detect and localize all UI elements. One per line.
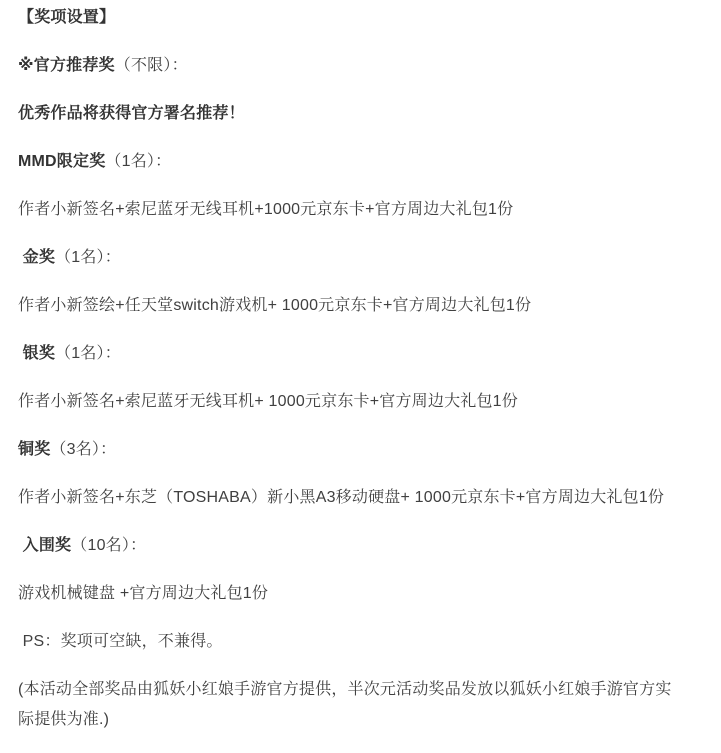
prize-settings-document: 【奖项设置】※官方推荐奖（不限）：优秀作品将获得官方署名推荐！MMD限定奖（1名… — [0, 0, 721, 735]
prize-name: ※官方推荐奖 — [18, 57, 115, 74]
prize-name: 银奖 — [18, 345, 55, 362]
prize-heading: MMD限定奖（1名）： — [18, 147, 703, 177]
prize-quota: （不限）： — [115, 57, 188, 74]
prize-heading: 金奖（1名）： — [18, 243, 703, 273]
prize-name: 金奖 — [18, 249, 55, 266]
prize-quota: （1名）： — [105, 153, 171, 170]
prize-name: MMD限定奖 — [18, 153, 105, 170]
prize-quota: （3名）： — [50, 441, 116, 458]
prize-quota: （1名）： — [55, 249, 121, 266]
prize-name: 铜奖 — [18, 441, 50, 458]
prize-heading: 入围奖（10名）： — [18, 531, 703, 561]
prize-quota: （1名）： — [55, 345, 121, 362]
prize-heading: ※官方推荐奖（不限）： — [18, 51, 703, 81]
prize-name: 入围奖 — [18, 537, 71, 554]
prize-content: 作者小新签绘+任天堂switch游戏机+ 1000元京东卡+官方周边大礼包1份 — [18, 291, 703, 321]
prize-content: PS：奖项可空缺，不兼得。 — [18, 627, 703, 657]
prize-content: 作者小新签名+索尼蓝牙无线耳机+1000元京东卡+官方周边大礼包1份 — [18, 195, 703, 225]
official-recommend-note: 优秀作品将获得官方署名推荐！ — [18, 99, 703, 129]
prize-heading: 银奖（1名）： — [18, 339, 703, 369]
prize-content: 作者小新签名+索尼蓝牙无线耳机+ 1000元京东卡+官方周边大礼包1份 — [18, 387, 703, 417]
prize-heading: 铜奖（3名）： — [18, 435, 703, 465]
prize-content: 游戏机械键盘 +官方周边大礼包1份 — [18, 579, 703, 609]
prize-quota: （10名）： — [71, 537, 146, 554]
disclaimer-note: (本活动全部奖品由狐妖小红娘手游官方提供，半次元活动奖品发放以狐妖小红娘手游官方… — [18, 675, 682, 735]
section-title: 【奖项设置】 — [18, 3, 703, 33]
prize-content: 作者小新签名+东芝（TOSHABA）新小黑A3移动硬盘+ 1000元京东卡+官方… — [18, 483, 703, 513]
